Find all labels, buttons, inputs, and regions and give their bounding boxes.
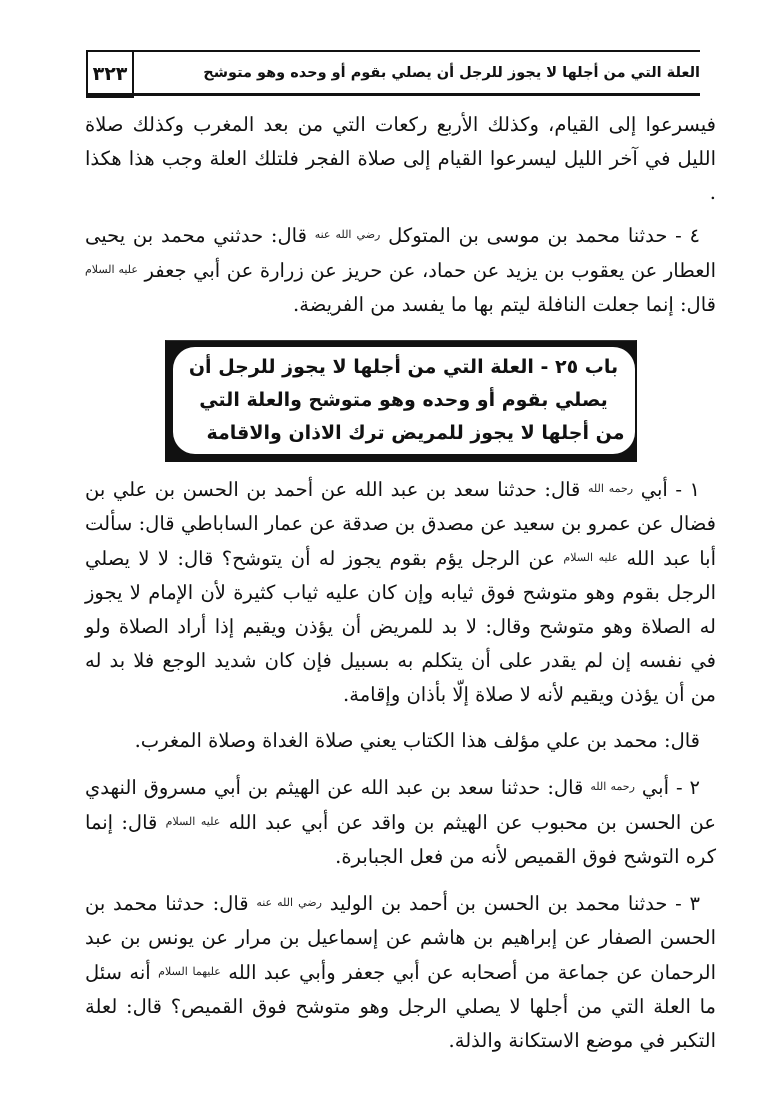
page-header: ٣٢٣ العلة التي من أجلها لا يجوز للرجل أن… [86, 50, 700, 96]
honorific-glyph-icon: رحمه الله [590, 780, 635, 793]
honorific-glyph-icon: عليه السلام [85, 263, 138, 276]
running-title: العلة التي من أجلها لا يجوز للرجل أن يصل… [203, 52, 700, 93]
honorific-glyph-icon: عليهما السلام [158, 965, 221, 978]
hadith-1-text-c: عن الرجل يؤم بقوم يجوز له أن يتوشح؟ قال:… [85, 547, 716, 706]
spacer [85, 874, 716, 886]
honorific-glyph-icon: رضي الله عنه [315, 228, 381, 241]
hadith-3-text-a: ٣ - حدثنا محمد بن الحسن بن أحمد بن الولي… [330, 892, 700, 915]
spacer [85, 210, 716, 218]
honorific-glyph-icon: رحمه الله [588, 482, 633, 495]
chapter-heading-frame: باب ٢٥ - العلة التي من أجلها لا يجوز للر… [165, 340, 637, 462]
hadith-2-text-a: ٢ - أبي [642, 776, 700, 799]
chapter-title: باب ٢٥ - العلة التي من أجلها لا يجوز للر… [183, 351, 625, 450]
hadith-2-paragraph: ٢ - أبي رحمه الله قال: حدثنا سعد بن عبد … [85, 770, 716, 874]
hadith-4-text-c: قال: إنما جعلت النافلة ليتم بها ما يفسد … [293, 293, 716, 316]
hadith-4-text-a: ٤ - حدثنا محمد بن موسى بن المتوكل [388, 224, 700, 247]
author-note-paragraph: قال: محمد بن علي مؤلف هذا الكتاب يعني صل… [85, 724, 716, 758]
hadith-3-paragraph: ٣ - حدثنا محمد بن الحسن بن أحمد بن الولي… [85, 886, 716, 1058]
continuation-paragraph: فيسرعوا إلى القيام، وكذلك الأربع ركعات ا… [85, 108, 716, 210]
hadith-1-text-a: ١ - أبي [641, 478, 700, 501]
honorific-glyph-icon: عليه السلام [563, 551, 618, 564]
spacer [85, 712, 716, 724]
chapter-heading-box: باب ٢٥ - العلة التي من أجلها لا يجوز للر… [173, 347, 635, 454]
page-body: فيسرعوا إلى القيام، وكذلك الأربع ركعات ا… [85, 108, 716, 1058]
hadith-4-paragraph: ٤ - حدثنا محمد بن موسى بن المتوكل رضي ال… [85, 218, 716, 322]
honorific-glyph-icon: رضي الله عنه [256, 896, 322, 909]
spacer [85, 758, 716, 770]
hadith-1-paragraph: ١ - أبي رحمه الله قال: حدثنا سعد بن عبد … [85, 472, 716, 712]
page-number: ٣٢٣ [86, 50, 134, 98]
honorific-glyph-icon: عليه السلام [166, 815, 221, 828]
